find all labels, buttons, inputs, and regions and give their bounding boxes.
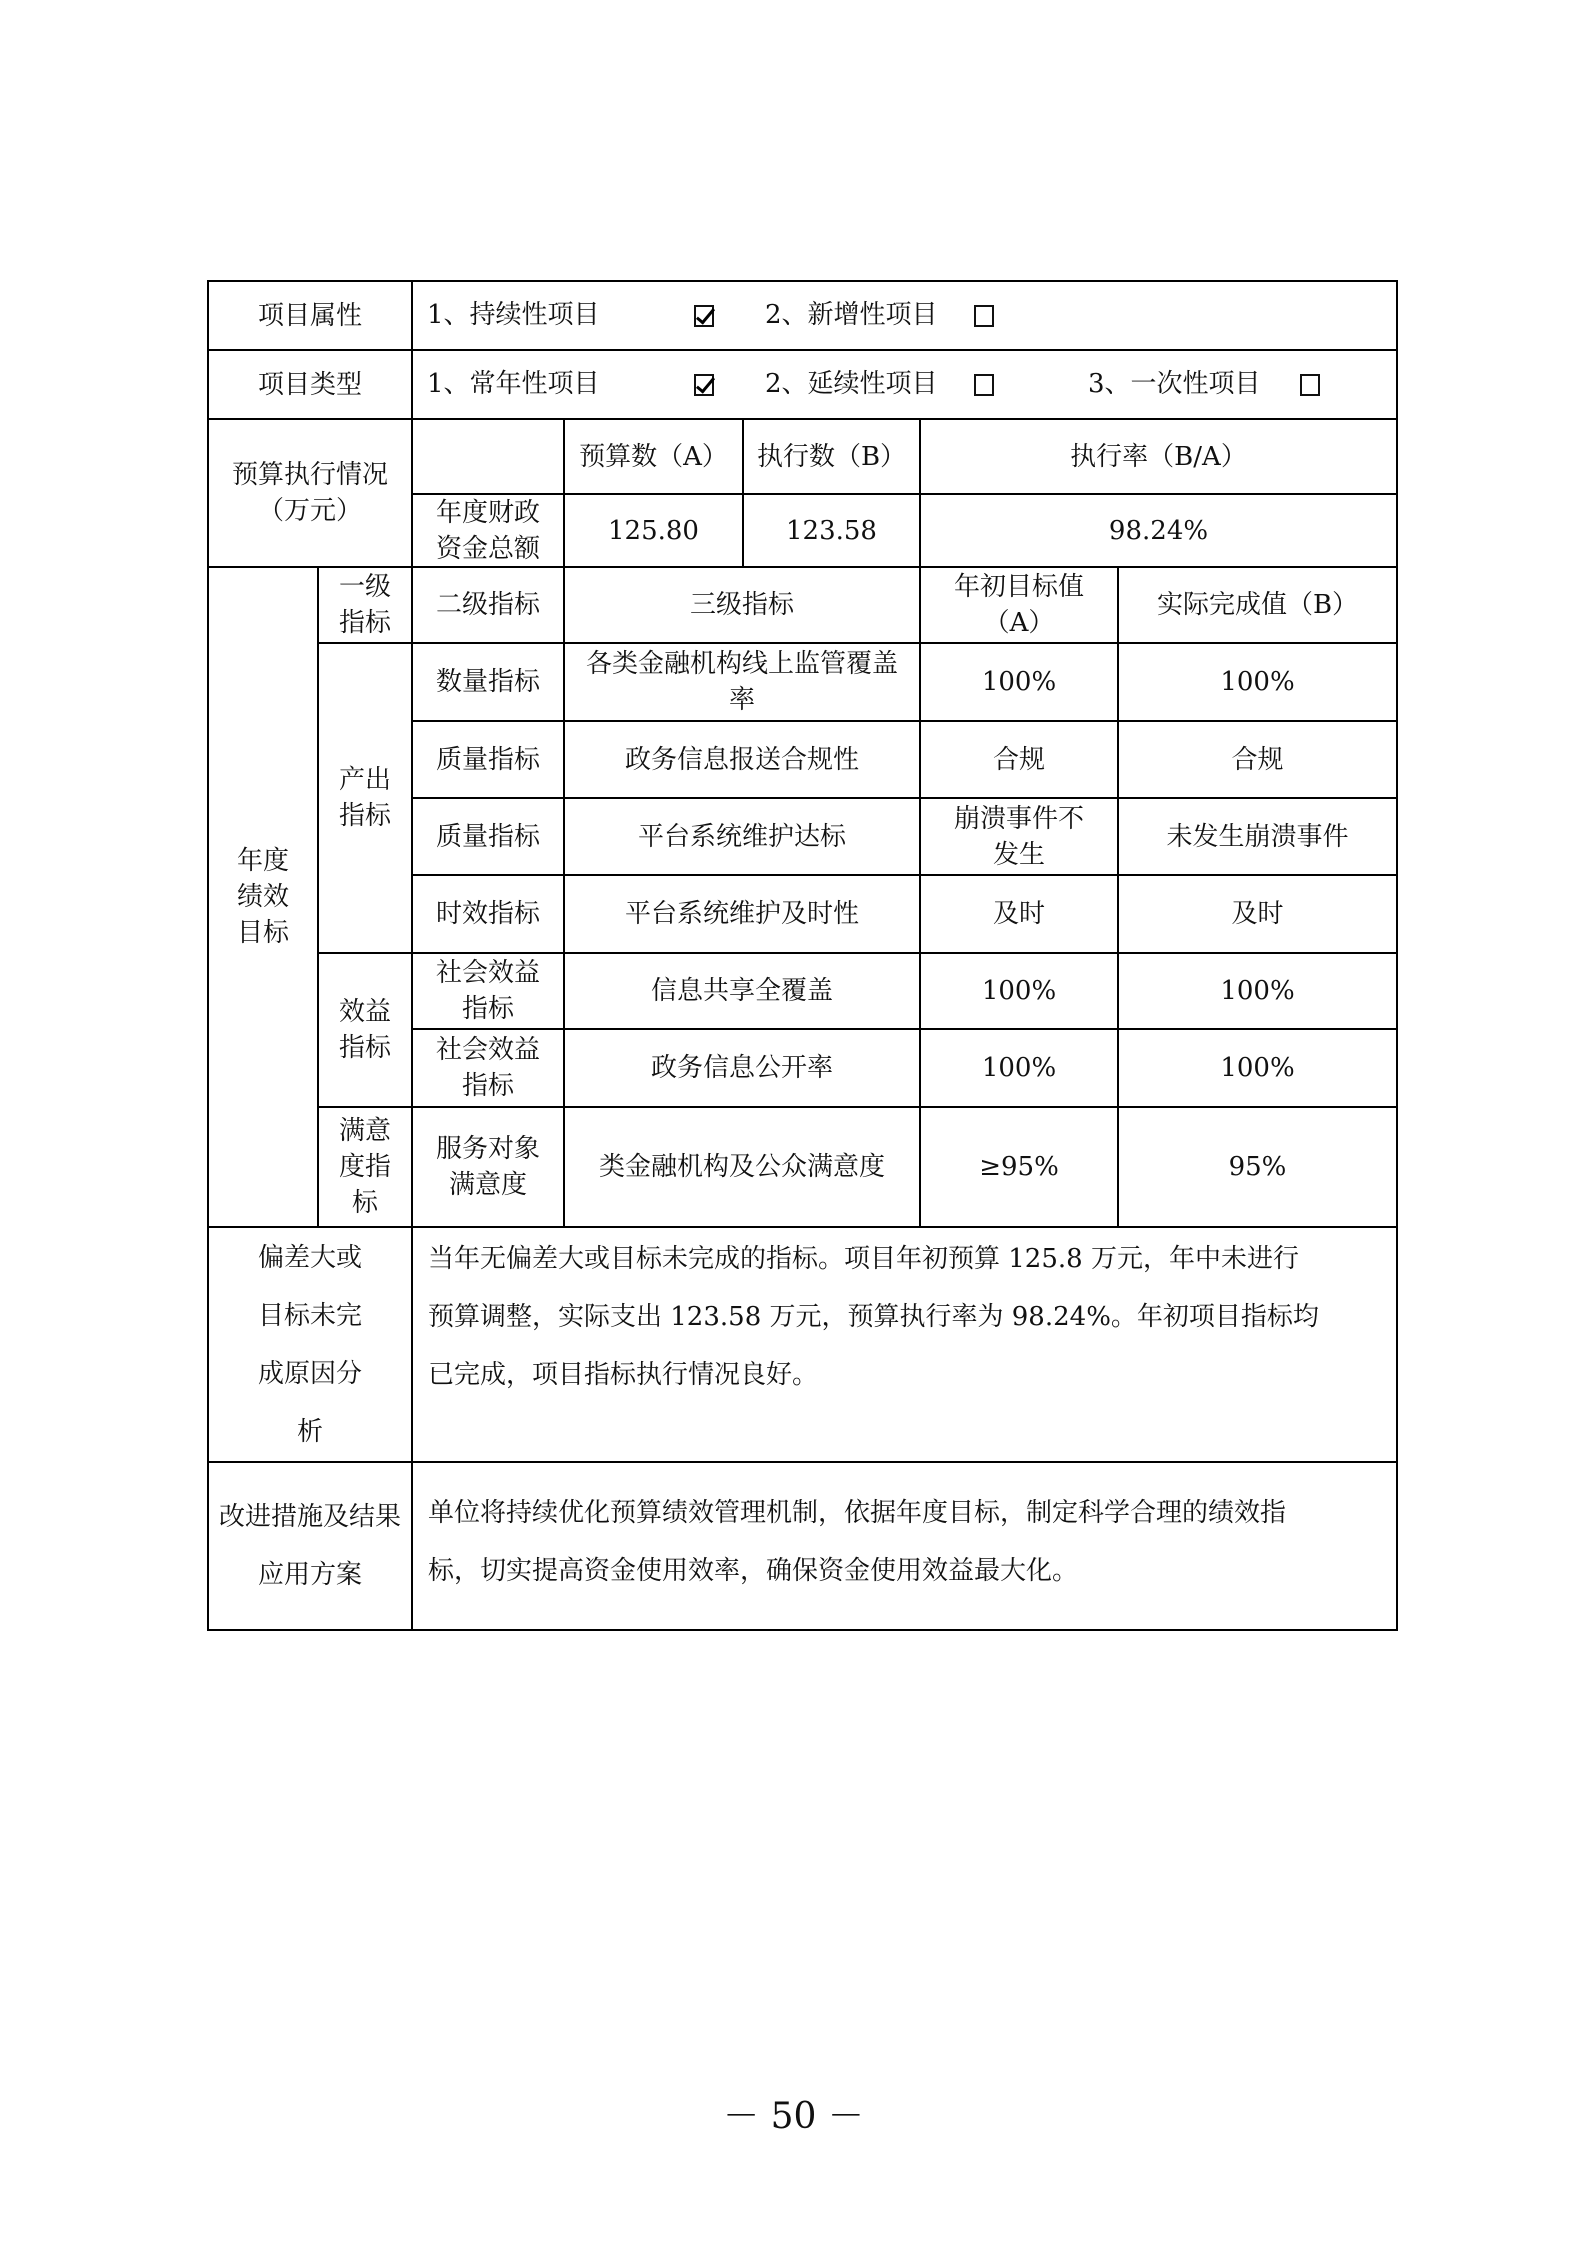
- budget-value-b: 123.58: [744, 495, 919, 566]
- row-level3: 平台系统维护达标: [565, 799, 919, 874]
- checkbox-extended[interactable]: [974, 374, 994, 396]
- row-target: 100%: [921, 954, 1117, 1028]
- row-level2: 服务对象满意度: [413, 1108, 563, 1226]
- group-satisfaction-label: 满意度指标: [319, 1108, 411, 1226]
- option-new-label: 2、新增性项目: [765, 297, 938, 333]
- header-level1: 一级指标: [319, 568, 411, 642]
- row-level2: 质量指标: [413, 722, 563, 797]
- deviation-line: 预算调整，实际支出 123.58 万元，预算执行率为 98.24%。年初项目指标…: [428, 1288, 1388, 1346]
- row-level3: 各类金融机构线上监管覆盖率: [565, 644, 919, 720]
- row-level2: 社会效益指标: [413, 1030, 563, 1106]
- project-type-label: 项目类型: [209, 351, 411, 418]
- header-level2: 二级指标: [413, 568, 563, 642]
- budget-header-a: 预算数（A）: [565, 420, 742, 493]
- row-level3: 政务信息公开率: [565, 1030, 919, 1106]
- row-target: 崩溃事件不发生: [921, 799, 1117, 874]
- budget-header-b: 执行数（B）: [744, 420, 919, 493]
- group-benefit-label: 效益指标: [319, 954, 411, 1106]
- row-target: 100%: [921, 1030, 1117, 1106]
- row-actual: 100%: [1119, 954, 1396, 1028]
- improvement-line: 单位将持续优化预算绩效管理机制，依据年度目标，制定科学合理的绩效指: [428, 1484, 1388, 1542]
- checkbox-annual-checked[interactable]: [694, 374, 714, 396]
- row-level2: 时效指标: [413, 876, 563, 952]
- checkbox-continuous-checked[interactable]: [694, 305, 714, 327]
- header-actual: 实际完成值（B）: [1119, 568, 1396, 642]
- checkbox-onetime[interactable]: [1300, 374, 1320, 396]
- budget-header-rate: 执行率（B/A）: [921, 420, 1396, 493]
- row-target: 及时: [921, 876, 1117, 952]
- option-annual-label: 1、常年性项目: [427, 366, 600, 402]
- row-level3: 政务信息报送合规性: [565, 722, 919, 797]
- performance-section-label: 年度绩效目标: [209, 568, 317, 1226]
- row-level3: 平台系统维护及时性: [565, 876, 919, 952]
- row-level2: 质量指标: [413, 799, 563, 874]
- row-target: ≥95%: [921, 1108, 1117, 1226]
- budget-section-label: 预算执行情况（万元）: [209, 420, 411, 566]
- row-actual: 95%: [1119, 1108, 1396, 1226]
- option-extended-label: 2、延续性项目: [765, 366, 938, 402]
- row-actual: 未发生崩溃事件: [1119, 799, 1396, 874]
- option-onetime-label: 3、一次性项目: [1088, 366, 1261, 402]
- option-continuous-label: 1、持续性项目: [427, 297, 600, 333]
- budget-value-a: 125.80: [565, 495, 742, 566]
- deviation-label: 偏差大或目标未完成原因分析: [209, 1228, 411, 1461]
- row-target: 100%: [921, 644, 1117, 720]
- divider: [411, 1226, 413, 1631]
- improvement-text: 单位将持续优化预算绩效管理机制，依据年度目标，制定科学合理的绩效指 标，切实提高…: [428, 1484, 1388, 1600]
- project-attribute-label: 项目属性: [209, 282, 411, 349]
- row-actual: 100%: [1119, 1030, 1396, 1106]
- header-target: 年初目标值（A）: [921, 568, 1117, 642]
- row-level3: 信息共享全覆盖: [565, 954, 919, 1028]
- row-level2: 社会效益指标: [413, 954, 563, 1028]
- budget-rate: 98.24%: [921, 495, 1396, 566]
- group-output-label: 产出指标: [319, 644, 411, 952]
- checkbox-new[interactable]: [974, 305, 994, 327]
- row-actual: 及时: [1119, 876, 1396, 952]
- improvement-line: 标，切实提高资金使用效率，确保资金使用效益最大化。: [428, 1542, 1388, 1600]
- deviation-line: 已完成，项目指标执行情况良好。: [428, 1346, 1388, 1404]
- header-level3: 三级指标: [565, 568, 919, 642]
- row-level3: 类金融机构及公众满意度: [565, 1108, 919, 1226]
- page-number: － 50 －: [0, 2088, 1587, 2139]
- budget-header-empty: [413, 420, 563, 493]
- deviation-line: 当年无偏差大或目标未完成的指标。项目年初预算 125.8 万元，年中未进行: [428, 1230, 1388, 1288]
- row-actual: 合规: [1119, 722, 1396, 797]
- deviation-text: 当年无偏差大或目标未完成的指标。项目年初预算 125.8 万元，年中未进行 预算…: [428, 1230, 1388, 1404]
- budget-row-label: 年度财政资金总额: [413, 495, 563, 566]
- row-actual: 100%: [1119, 644, 1396, 720]
- row-target: 合规: [921, 722, 1117, 797]
- row-level2: 数量指标: [413, 644, 563, 720]
- table-border-right: [1396, 280, 1398, 1631]
- table-border-bottom: [207, 1629, 1398, 1631]
- improvement-label: 改进措施及结果应用方案: [209, 1463, 411, 1629]
